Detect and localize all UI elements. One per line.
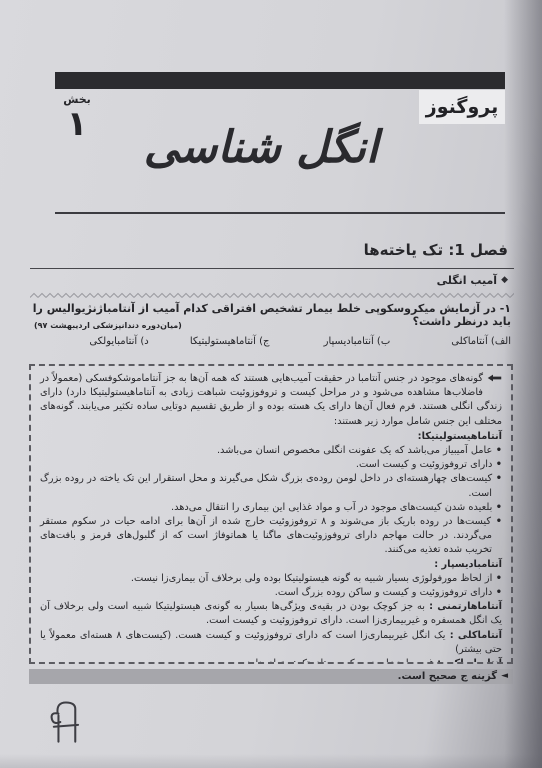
species-heading: آنتاماهیستولیتیکا:: [40, 430, 502, 444]
option-ج: ج) آنتاماهیستولیتیکا: [149, 336, 270, 347]
species-inline: آنتامبایولکی : غیربیماری‌زا بوده و کیست‌…: [40, 657, 502, 664]
bullet-icon: •: [492, 573, 502, 584]
species-inline: آنتاماکلی : یک انگل غیربیماری‌زا است که …: [40, 629, 502, 657]
explanation-bullet: • کیست‌های چهارهسته‌ای در داخل لومن روده…: [40, 472, 502, 500]
option-د: د) آنتامبایولکی: [28, 336, 149, 347]
explanation-bullet: • بلعیده شدن کیست‌های موجود در آب و مواد…: [40, 501, 502, 515]
options-row: الف) آنتاماکلیب) آنتامبادیسپارج) آنتاماه…: [28, 336, 511, 347]
zigzag-divider: [30, 292, 514, 299]
species-inline: آنتاماهارتمنی : به جز کوچک بودن در بقیه‌…: [40, 600, 502, 628]
explanation-bullet: • دارای تروفوزوئیت و کیست و ساکن روده بز…: [40, 586, 502, 600]
explanation-bullet: • عامل آمیبیاز می‌باشد که یک عفونت انگلی…: [40, 444, 502, 458]
bullet-icon: •: [492, 473, 502, 484]
answer-arrow-icon: ◄: [501, 672, 508, 681]
bullet-icon: •: [492, 459, 502, 470]
explanation-intro: گونه‌های موجود در جنس آنتامبا در حقیقت آ…: [40, 373, 502, 427]
explanation-intro-row: گونه‌های موجود در جنس آنتامبا در حقیقت آ…: [40, 372, 502, 429]
topic-heading: ◆ آمیب انگلی: [437, 274, 508, 287]
answer-bar: ◄ گزینه ج صحیح است.: [29, 669, 513, 684]
chapter-heading: فصل 1: تک یاخته‌ها: [364, 241, 508, 259]
brand-box: پروگنوز: [419, 90, 505, 124]
topic-label: آمیب انگلی: [437, 274, 497, 287]
bullet-icon: •: [492, 587, 502, 598]
option-الف: الف) آنتاماکلی: [390, 336, 511, 347]
explanation-bullet: • کیست‌ها در روده باریک باز می‌شوند و ۸ …: [40, 515, 502, 558]
pointer-hand-icon: [487, 373, 502, 388]
section-number: ۱: [56, 106, 98, 143]
bullet-icon: •: [491, 516, 502, 527]
answer-text: گزینه ج صحیح است.: [398, 671, 497, 682]
question-source: (میان‌دوره دندانپزشکی اردیبهشت ۹۷): [34, 321, 182, 330]
header-rule: [55, 212, 505, 214]
explanation-items: آنتاماهیستولیتیکا:• عامل آمیبیاز می‌باشد…: [40, 430, 502, 664]
diamond-bullet-icon: ◆: [501, 276, 508, 285]
explanation-bullet: • دارای تروفوزوئیت و کیست است.: [40, 458, 502, 472]
scan-bottom-shadow: [0, 754, 542, 768]
bullet-icon: •: [492, 502, 502, 513]
chapter-rule: [30, 268, 514, 269]
option-ب: ب) آنتامبادیسپار: [270, 336, 391, 347]
handwritten-stamp: [46, 695, 84, 755]
explanation-box: گونه‌های موجود در جنس آنتامبا در حقیقت آ…: [29, 364, 513, 664]
bullet-icon: •: [492, 445, 502, 456]
species-heading: آنتامبادیسپار :: [40, 558, 502, 572]
header-bar: [55, 72, 505, 89]
explanation-bullet: • از لحاظ مورفولوژی بسیار شبیه به گونه ه…: [40, 572, 502, 586]
brand-label: پروگنوز: [426, 96, 498, 118]
book-page: پروگنوز بخش ۱ انگل شناسی فصل 1: تک یاخته…: [0, 0, 542, 768]
page-title: انگل شناسی: [110, 122, 412, 173]
section-block: بخش ۱: [56, 93, 98, 143]
